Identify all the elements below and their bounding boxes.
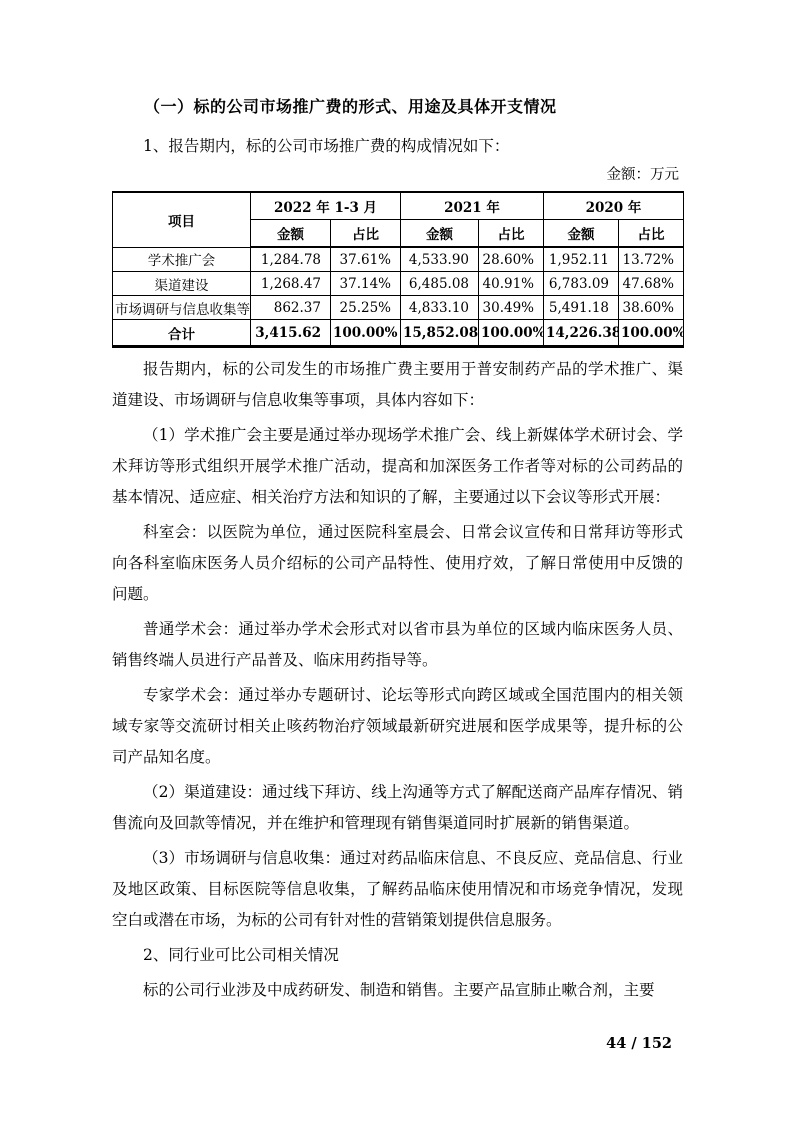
paragraph-department-meeting: 科室会：以医院为单位，通过医院科室晨会、日常会议宣传和日常拜访等形式向各科室临床… [112, 517, 683, 610]
cell-amount-2020: 1,952.11 [544, 247, 619, 272]
col-header-period-2021: 2021 年 [401, 192, 544, 220]
page-number: 44 / 152 [606, 1036, 672, 1052]
cell-ratio-2020: 38.60% [619, 296, 684, 320]
col-header-period-2022: 2022 年 1-3 月 [251, 192, 401, 220]
col-header-amount-2020: 金额 [544, 220, 619, 248]
cell-amount-2021: 4,833.10 [401, 296, 479, 320]
cell-ratio-2021: 100.00% [479, 320, 544, 347]
cell-ratio-2022: 25.25% [331, 296, 401, 320]
paragraph-academic-promotion: （1）学术推广会主要是通过举办现场学术推广会、线上新媒体学术研讨会、学术拜访等形… [112, 420, 683, 513]
col-header-ratio-2021: 占比 [479, 220, 544, 248]
col-header-amount-2021: 金额 [401, 220, 479, 248]
col-header-amount-2022: 金额 [251, 220, 331, 248]
table-header-row-periods: 项目 2022 年 1-3 月 2021 年 2020 年 [113, 192, 684, 220]
subsection-heading-comparable-companies: 2、同行业可比公司相关情况 [112, 940, 683, 971]
cell-amount-2022: 1,284.78 [251, 247, 331, 272]
market-promotion-fee-table: 项目 2022 年 1-3 月 2021 年 2020 年 金额 占比 金额 占… [112, 191, 684, 348]
page-content: （一）标的公司市场推广费的形式、用途及具体开支情况 1、报告期内，标的公司市场推… [112, 97, 683, 1010]
cell-amount-2021: 15,852.08 [401, 320, 479, 347]
section-heading: （一）标的公司市场推广费的形式、用途及具体开支情况 [112, 97, 683, 117]
table-row-total: 合计 3,415.62 100.00% 15,852.08 100.00% 14… [113, 320, 684, 347]
paragraph-market-research: （3）市场调研与信息收集：通过对药品临床信息、不良反应、竞品信息、行业及地区政策… [112, 843, 683, 936]
row-item-label: 渠道建设 [113, 272, 251, 296]
cell-ratio-2021: 40.91% [479, 272, 544, 296]
col-header-ratio-2022: 占比 [331, 220, 401, 248]
cell-ratio-2020: 100.00% [619, 320, 684, 347]
col-header-period-2020: 2020 年 [544, 192, 684, 220]
intro-line: 1、报告期内，标的公司市场推广费的构成情况如下： [112, 135, 683, 157]
cell-ratio-2022: 37.14% [331, 272, 401, 296]
paragraph-overview: 报告期内，标的公司发生的市场推广费主要用于普安制药产品的学术推广、渠道建设、市场… [112, 354, 683, 416]
cell-amount-2020: 14,226.38 [544, 320, 619, 347]
row-item-label: 学术推广会 [113, 247, 251, 272]
row-item-label: 市场调研与信息收集等 [113, 296, 251, 320]
paragraph-expert-academic-meeting: 专家学术会：通过举办专题研讨、论坛等形式向跨区域或全国范围内的相关领域专家等交流… [112, 680, 683, 773]
table-row-channel-construction: 渠道建设 1,268.47 37.14% 6,485.08 40.91% 6,7… [113, 272, 684, 296]
paragraph-industry-overview: 标的公司行业涉及中成药研发、制造和销售。主要产品宣肺止嗽合剂，主要 [112, 975, 683, 1006]
cell-ratio-2020: 13.72% [619, 247, 684, 272]
cell-amount-2020: 6,783.09 [544, 272, 619, 296]
col-header-item: 项目 [113, 192, 251, 247]
cell-amount-2022: 862.37 [251, 296, 331, 320]
cell-ratio-2021: 28.60% [479, 247, 544, 272]
paragraph-general-academic-meeting: 普通学术会：通过举办学术会形式对以省市县为单位的区域内临床医务人员、销售终端人员… [112, 614, 683, 676]
document-page: （一）标的公司市场推广费的形式、用途及具体开支情况 1、报告期内，标的公司市场推… [0, 0, 793, 1122]
cell-ratio-2020: 47.68% [619, 272, 684, 296]
cell-amount-2021: 4,533.90 [401, 247, 479, 272]
cell-amount-2022: 1,268.47 [251, 272, 331, 296]
table-unit-label: 金额：万元 [112, 165, 683, 185]
body-text: 报告期内，标的公司发生的市场推广费主要用于普安制药产品的学术推广、渠道建设、市场… [112, 354, 683, 1006]
cell-amount-2022: 3,415.62 [251, 320, 331, 347]
paragraph-channel-construction: （2）渠道建设：通过线下拜访、线上沟通等方式了解配送商产品库存情况、销售流向及回… [112, 777, 683, 839]
table-row-academic-promotion: 学术推广会 1,284.78 37.61% 4,533.90 28.60% 1,… [113, 247, 684, 272]
cell-ratio-2022: 100.00% [331, 320, 401, 347]
col-header-ratio-2020: 占比 [619, 220, 684, 248]
cell-amount-2021: 6,485.08 [401, 272, 479, 296]
cell-ratio-2021: 30.49% [479, 296, 544, 320]
table-row-market-research: 市场调研与信息收集等 862.37 25.25% 4,833.10 30.49%… [113, 296, 684, 320]
row-item-label: 合计 [113, 320, 251, 347]
cell-ratio-2022: 37.61% [331, 247, 401, 272]
cell-amount-2020: 5,491.18 [544, 296, 619, 320]
